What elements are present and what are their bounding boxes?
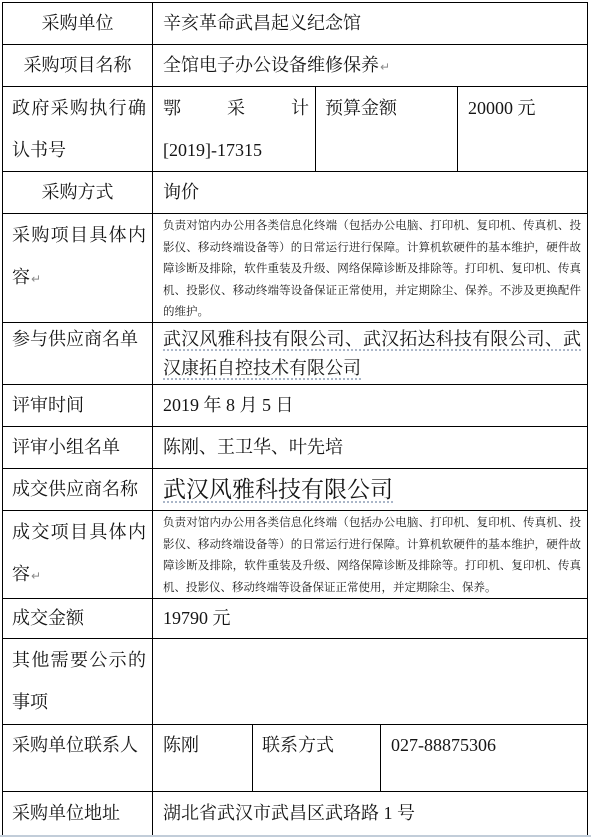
purchaser-address-value: 湖北省武汉市武昌区武珞路 1 号 — [153, 792, 587, 836]
winning-supplier-text: 武汉风雅科技有限公司 — [163, 477, 393, 502]
row-winning-details: 成交项目具体内容↵ 负责对馆内办公用各类信息化终端（包括办公电脑、打印机、复印机… — [3, 511, 587, 599]
other-matters-value — [153, 639, 587, 724]
winning-supplier-label: 成交供应商名称 — [3, 469, 153, 510]
project-name-text: 全馆电子办公设备维修保养 — [163, 55, 379, 75]
project-name-label: 采购项目名称 — [3, 45, 153, 86]
winning-details-value: 负责对馆内办公用各类信息化终端（包括办公电脑、打印机、复印机、传真机、投影仪、移… — [153, 511, 587, 598]
page: { "colors": { "border": "#000000", "back… — [0, 0, 591, 837]
participating-suppliers-value: 武汉风雅科技有限公司、武汉拓达科技有限公司、武汉康拓自控技术有限公司 — [153, 323, 587, 384]
other-matters-label: 其他需要公示的事项 — [3, 639, 153, 724]
project-name-value: 全馆电子办公设备维修保养↵ — [153, 45, 587, 86]
row-winning-amount: 成交金额 19790 元 — [3, 599, 587, 639]
purchaser-value: 辛亥革命武昌起义纪念馆 — [153, 3, 587, 44]
winning-amount-label: 成交金额 — [3, 599, 153, 638]
row-purchaser: 采购单位 辛亥革命武昌起义纪念馆 — [3, 3, 587, 45]
project-details-value: 负责对馆内办公用各类信息化终端（包括办公电脑、打印机、复印机、传真机、投影仪、移… — [153, 214, 587, 322]
purchaser-label: 采购单位 — [3, 3, 153, 44]
row-review-panel: 评审小组名单 陈刚、王卫华、叶先培 — [3, 427, 587, 469]
paragraph-return-mark: ↵ — [380, 60, 390, 74]
row-participating-suppliers: 参与供应商名单 武汉风雅科技有限公司、武汉拓达科技有限公司、武汉康拓自控技术有限… — [3, 323, 587, 385]
purchaser-address-label: 采购单位地址 — [3, 792, 153, 836]
row-purchaser-address: 采购单位地址 湖北省武汉市武昌区武珞路 1 号 — [3, 792, 587, 836]
procurement-result-table: 采购单位 辛亥革命武昌起义纪念馆 采购项目名称 全馆电子办公设备维修保养↵ 政府… — [2, 2, 588, 837]
winning-supplier-value: 武汉风雅科技有限公司 — [153, 469, 587, 510]
contact-phone-label: 联系方式 — [253, 725, 381, 791]
row-contact-person: 采购单位联系人 陈刚 联系方式 027-88875306 — [3, 725, 587, 792]
confirmation-number-label: 政府采购执行确认书号 — [3, 87, 153, 171]
paragraph-return-mark: ↵ — [31, 569, 41, 583]
review-panel-value: 陈刚、王卫华、叶先培 — [153, 427, 587, 468]
review-panel-label: 评审小组名单 — [3, 427, 153, 468]
row-review-date: 评审时间 2019 年 8 月 5 日 — [3, 385, 587, 427]
budget-label: 预算金额 — [316, 87, 458, 171]
participating-suppliers-label: 参与供应商名单 — [3, 323, 153, 384]
winning-details-label: 成交项目具体内容↵ — [3, 511, 153, 598]
project-details-label: 采购项目具体内容↵ — [3, 214, 153, 322]
participating-suppliers-text: 武汉风雅科技有限公司、武汉拓达科技有限公司、武汉康拓自控技术有限公司 — [163, 329, 581, 378]
row-other-matters: 其他需要公示的事项 — [3, 639, 587, 725]
row-project-name: 采购项目名称 全馆电子办公设备维修保养↵ — [3, 45, 587, 87]
row-winning-supplier: 成交供应商名称 武汉风雅科技有限公司 — [3, 469, 587, 511]
contact-person-label: 采购单位联系人 — [3, 725, 153, 791]
row-project-details: 采购项目具体内容↵ 负责对馆内办公用各类信息化终端（包括办公电脑、打印机、复印机… — [3, 214, 587, 323]
review-date-label: 评审时间 — [3, 385, 153, 426]
budget-value: 20000 元 — [458, 87, 587, 171]
procurement-method-value: 询价 — [153, 172, 587, 213]
contact-phone-value: 027-88875306 — [381, 725, 587, 791]
winning-amount-value: 19790 元 — [153, 599, 587, 638]
review-date-value: 2019 年 8 月 5 日 — [153, 385, 587, 426]
row-confirmation-number: 政府采购执行确认书号 鄂 采 计 [2019]-17315 预算金额 20000… — [3, 87, 587, 172]
paragraph-return-mark: ↵ — [31, 272, 41, 286]
procurement-method-label: 采购方式 — [3, 172, 153, 213]
confirmation-number-value: 鄂 采 计 [2019]-17315 — [153, 87, 316, 171]
row-procurement-method: 采购方式 询价 — [3, 172, 587, 214]
contact-person-value: 陈刚 — [153, 725, 253, 791]
